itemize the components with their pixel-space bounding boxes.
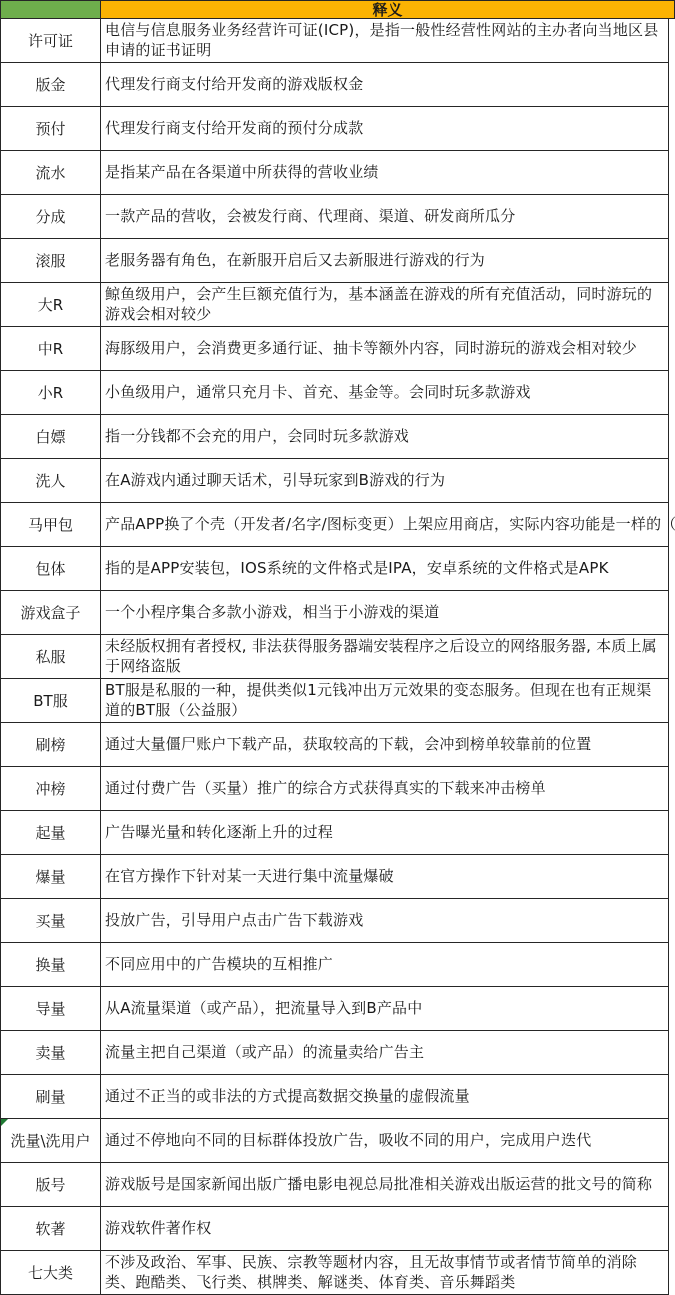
- term-label: 洗量\洗用户: [10, 1132, 90, 1150]
- definition-cell[interactable]: 投放广告，引导用户点击广告下载游戏: [101, 899, 669, 943]
- table-row: 分成 一款产品的营收，会被发行商、代理商、渠道、研发商所瓜分: [0, 195, 675, 239]
- definition-text: 通过大量僵尸账户下载产品，获取较高的下载，会冲到榜单较靠前的位置: [105, 735, 591, 755]
- definition-text: 从A流量渠道（或产品），把流量导入到B产品中: [105, 999, 422, 1019]
- term-cell[interactable]: 马甲包: [0, 503, 101, 547]
- definition-text: BT服是私服的一种，提供类似1元钱冲出万元效果的变态服务。但现在也有正规渠道的B…: [105, 681, 664, 720]
- term-label: 冲榜: [35, 780, 65, 798]
- definition-cell[interactable]: 老服务器有角色，在新服开启后又去新服进行游戏的行为: [101, 239, 669, 283]
- term-label: 起量: [35, 824, 65, 842]
- table-row: 版金 代理发行商支付给开发商的游戏版权金: [0, 63, 675, 107]
- definition-cell[interactable]: 游戏软件著作权: [101, 1207, 669, 1251]
- definition-text: 不同应用中的广告模块的互相推广: [105, 955, 333, 975]
- definition-cell[interactable]: 在官方操作下针对某一天进行集中流量爆破: [101, 855, 669, 899]
- definition-text: 是指某产品在各渠道中所获得的营收业绩: [105, 163, 379, 183]
- term-label: 马甲包: [28, 516, 73, 534]
- table-row: 起量 广告曝光量和转化逐渐上升的过程: [0, 811, 675, 855]
- table-row: 卖量 流量主把自己渠道（或产品）的流量卖给广告主: [0, 1031, 675, 1075]
- table-row: 版号 游戏版号是国家新闻出版广播电影电视总局批准相关游戏出版运营的批文号的简称: [0, 1163, 675, 1207]
- term-label: 包体: [35, 560, 65, 578]
- term-label: 许可证: [28, 32, 73, 50]
- term-label: 软著: [35, 1220, 65, 1238]
- term-label: 卖量: [35, 1044, 65, 1062]
- definition-cell[interactable]: 通过付费广告（买量）推广的综合方式获得真实的下载来冲击榜单: [101, 767, 669, 811]
- definition-cell[interactable]: 一款产品的营收，会被发行商、代理商、渠道、研发商所瓜分: [101, 195, 669, 239]
- definition-text: 代理发行商支付给开发商的游戏版权金: [105, 75, 363, 95]
- definition-text: 投放广告，引导用户点击广告下载游戏: [105, 911, 363, 931]
- definition-cell[interactable]: 未经版权拥有者授权, 非法获得服务器端安装程序之后设立的网络服务器, 本质上属于…: [101, 635, 669, 679]
- term-cell[interactable]: 中R: [0, 327, 101, 371]
- table-row: 刷量 通过不正当的或非法的方式提高数据交换量的虚假流量: [0, 1075, 675, 1119]
- term-cell[interactable]: 导量: [0, 987, 101, 1031]
- term-label: 买量: [35, 912, 65, 930]
- definition-cell[interactable]: 流量主把自己渠道（或产品）的流量卖给广告主: [101, 1031, 669, 1075]
- table-row: 游戏盒子 一个小程序集合多款小游戏，相当于小游戏的渠道: [0, 591, 675, 635]
- definition-text: 不涉及政治、军事、民族、宗教等题材内容，且无故事情节或者情节简单的消除类、跑酷类…: [105, 1253, 664, 1292]
- definition-cell[interactable]: 鲸鱼级用户，会产生巨额充值行为，基本涵盖在游戏的所有充值活动，同时游玩的游戏会相…: [101, 283, 669, 327]
- definition-text: 老服务器有角色，在新服开启后又去新服进行游戏的行为: [105, 251, 485, 271]
- term-label: 刷榜: [35, 736, 65, 754]
- term-label: 白嫖: [35, 428, 65, 446]
- header-definition-cell[interactable]: 释义: [101, 0, 675, 19]
- definition-cell[interactable]: 游戏版号是国家新闻出版广播电影电视总局批准相关游戏出版运营的批文号的简称: [101, 1163, 669, 1207]
- term-cell[interactable]: 刷榜: [0, 723, 101, 767]
- term-cell[interactable]: 冲榜: [0, 767, 101, 811]
- term-cell[interactable]: 换量: [0, 943, 101, 987]
- term-cell[interactable]: BT服: [0, 679, 101, 723]
- term-label: 洗人: [35, 472, 65, 490]
- definition-text: 游戏软件著作权: [105, 1219, 211, 1239]
- definition-text: 在A游戏内通过聊天话术，引导玩家到B游戏的行为: [105, 471, 445, 491]
- definition-text: 游戏版号是国家新闻出版广播电影电视总局批准相关游戏出版运营的批文号的简称: [105, 1175, 652, 1195]
- table-row: 白嫖 指一分钱都不会充的用户，会同时玩多款游戏: [0, 415, 675, 459]
- definition-cell[interactable]: 一个小程序集合多款小游戏，相当于小游戏的渠道: [101, 591, 669, 635]
- table-row: 冲榜 通过付费广告（买量）推广的综合方式获得真实的下载来冲击榜单: [0, 767, 675, 811]
- table-row: 洗人 在A游戏内通过聊天话术，引导玩家到B游戏的行为: [0, 459, 675, 503]
- table-row: 软著 游戏软件著作权: [0, 1207, 675, 1251]
- table-row: 买量 投放广告，引导用户点击广告下载游戏: [0, 899, 675, 943]
- table-row: 中R 海豚级用户，会消费更多通行证、抽卡等额外内容，同时游玩的游戏会相对较少: [0, 327, 675, 371]
- term-label: 版金: [35, 76, 65, 94]
- definition-text: 指的是APP安装包，IOS系统的文件格式是IPA，安卓系统的文件格式是APK: [105, 559, 609, 579]
- table-row: 私服 未经版权拥有者授权, 非法获得服务器端安装程序之后设立的网络服务器, 本质…: [0, 635, 675, 679]
- definition-cell[interactable]: 代理发行商支付给开发商的游戏版权金: [101, 63, 669, 107]
- definition-cell[interactable]: 通过不停地向不同的目标群体投放广告，吸收不同的用户，完成用户迭代: [101, 1119, 669, 1163]
- term-cell[interactable]: 包体: [0, 547, 101, 591]
- definition-cell[interactable]: 不同应用中的广告模块的互相推广: [101, 943, 669, 987]
- definition-text: 流量主把自己渠道（或产品）的流量卖给广告主: [105, 1043, 424, 1063]
- table-row: 导量 从A流量渠道（或产品），把流量导入到B产品中: [0, 987, 675, 1031]
- term-cell[interactable]: 分成: [0, 195, 101, 239]
- term-cell[interactable]: 滚服: [0, 239, 101, 283]
- term-cell[interactable]: 版号: [0, 1163, 101, 1207]
- definition-cell[interactable]: BT服是私服的一种，提供类似1元钱冲出万元效果的变态服务。但现在也有正规渠道的B…: [101, 679, 669, 723]
- definition-text: 产品APP换了个壳（开发者/名字/图标变更）上架应用商店，实际内容功能是一样的（…: [105, 515, 675, 535]
- term-cell[interactable]: 爆量: [0, 855, 101, 899]
- table-row: 爆量 在官方操作下针对某一天进行集中流量爆破: [0, 855, 675, 899]
- definition-cell[interactable]: 指一分钱都不会充的用户，会同时玩多款游戏: [101, 415, 669, 459]
- term-label: BT服: [33, 692, 67, 710]
- table-row: 许可证 电信与信息服务业务经营许可证(ICP)，是指一般性经营性网站的主办者向当…: [0, 19, 675, 63]
- definition-text: 小鱼级用户，通常只充月卡、首充、基金等。会同时玩多款游戏: [105, 383, 531, 403]
- term-cell[interactable]: 刷量: [0, 1075, 101, 1119]
- term-label: 刷量: [35, 1088, 65, 1106]
- table-row: 换量 不同应用中的广告模块的互相推广: [0, 943, 675, 987]
- definition-cell[interactable]: 指的是APP安装包，IOS系统的文件格式是IPA，安卓系统的文件格式是APK: [101, 547, 669, 591]
- term-label: 七大类: [28, 1264, 73, 1282]
- definition-text: 鲸鱼级用户，会产生巨额充值行为，基本涵盖在游戏的所有充值活动，同时游玩的游戏会相…: [105, 285, 664, 324]
- definition-cell[interactable]: 通过不正当的或非法的方式提高数据交换量的虚假流量: [101, 1075, 669, 1119]
- term-cell[interactable]: 游戏盒子: [0, 591, 101, 635]
- table-body: 许可证 电信与信息服务业务经营许可证(ICP)，是指一般性经营性网站的主办者向当…: [0, 19, 675, 1295]
- table-row: 滚服 老服务器有角色，在新服开启后又去新服进行游戏的行为: [0, 239, 675, 283]
- table-row: 马甲包 产品APP换了个壳（开发者/名字/图标变更）上架应用商店，实际内容功能是…: [0, 503, 675, 547]
- term-label: 私服: [35, 648, 65, 666]
- term-label: 流水: [35, 164, 65, 182]
- term-cell[interactable]: 流水: [0, 151, 101, 195]
- term-cell[interactable]: 版金: [0, 63, 101, 107]
- term-label: 导量: [35, 1000, 65, 1018]
- term-label: 中R: [38, 340, 63, 358]
- term-label: 游戏盒子: [20, 604, 80, 622]
- table-header-row: 释义: [0, 0, 675, 19]
- table-row: 包体 指的是APP安装包，IOS系统的文件格式是IPA，安卓系统的文件格式是AP…: [0, 547, 675, 591]
- definition-cell[interactable]: 是指某产品在各渠道中所获得的营收业绩: [101, 151, 669, 195]
- term-cell[interactable]: 洗人: [0, 459, 101, 503]
- definition-text: 通过不停地向不同的目标群体投放广告，吸收不同的用户，完成用户迭代: [105, 1131, 591, 1151]
- term-cell[interactable]: 大R: [0, 283, 101, 327]
- definition-text: 指一分钱都不会充的用户，会同时玩多款游戏: [105, 427, 409, 447]
- header-term-cell[interactable]: [0, 0, 101, 19]
- definition-cell[interactable]: 在A游戏内通过聊天话术，引导玩家到B游戏的行为: [101, 459, 669, 503]
- glossary-table: 释义 许可证 电信与信息服务业务经营许可证(ICP)，是指一般性经营性网站的主办…: [0, 0, 675, 1295]
- table-row: 七大类 不涉及政治、军事、民族、宗教等题材内容，且无故事情节或者情节简单的消除类…: [0, 1251, 675, 1295]
- comment-marker-icon: [1, 1119, 8, 1126]
- term-cell[interactable]: 白嫖: [0, 415, 101, 459]
- definition-cell[interactable]: 小鱼级用户，通常只充月卡、首充、基金等。会同时玩多款游戏: [101, 371, 669, 415]
- term-label: 换量: [35, 956, 65, 974]
- term-cell[interactable]: 买量: [0, 899, 101, 943]
- definition-text: 广告曝光量和转化逐渐上升的过程: [105, 823, 333, 843]
- table-row: 大R 鲸鱼级用户，会产生巨额充值行为，基本涵盖在游戏的所有充值活动，同时游玩的游…: [0, 283, 675, 327]
- term-label: 爆量: [35, 868, 65, 886]
- table-row: 小R 小鱼级用户，通常只充月卡、首充、基金等。会同时玩多款游戏: [0, 371, 675, 415]
- table-row: 预付 代理发行商支付给开发商的预付分成款: [0, 107, 675, 151]
- term-label: 小R: [38, 384, 63, 402]
- term-cell[interactable]: 预付: [0, 107, 101, 151]
- definition-cell[interactable]: 海豚级用户，会消费更多通行证、抽卡等额外内容，同时游玩的游戏会相对较少: [101, 327, 669, 371]
- definition-text: 通过不正当的或非法的方式提高数据交换量的虚假流量: [105, 1087, 470, 1107]
- definition-cell[interactable]: 从A流量渠道（或产品），把流量导入到B产品中: [101, 987, 669, 1031]
- term-cell[interactable]: 卖量: [0, 1031, 101, 1075]
- definition-text: 一款产品的营收，会被发行商、代理商、渠道、研发商所瓜分: [105, 207, 515, 227]
- term-label: 滚服: [35, 252, 65, 270]
- term-cell[interactable]: 软著: [0, 1207, 101, 1251]
- definition-text: 电信与信息服务业务经营许可证(ICP)，是指一般性经营性网站的主办者向当地区县申…: [105, 21, 664, 60]
- definition-text: 在官方操作下针对某一天进行集中流量爆破: [105, 867, 394, 887]
- term-label: 分成: [35, 208, 65, 226]
- term-cell[interactable]: 私服: [0, 635, 101, 679]
- table-row: 刷榜 通过大量僵尸账户下载产品，获取较高的下载，会冲到榜单较靠前的位置: [0, 723, 675, 767]
- definition-text: 代理发行商支付给开发商的预付分成款: [105, 119, 363, 139]
- definition-text: 未经版权拥有者授权, 非法获得服务器端安装程序之后设立的网络服务器, 本质上属于…: [105, 637, 664, 676]
- table-row: 流水 是指某产品在各渠道中所获得的营收业绩: [0, 151, 675, 195]
- term-cell[interactable]: 起量: [0, 811, 101, 855]
- definition-text: 海豚级用户，会消费更多通行证、抽卡等额外内容，同时游玩的游戏会相对较少: [105, 339, 637, 359]
- definition-cell[interactable]: 产品APP换了个壳（开发者/名字/图标变更）上架应用商店，实际内容功能是一样的（…: [101, 503, 669, 547]
- term-cell[interactable]: 七大类: [0, 1251, 101, 1295]
- term-label: 版号: [35, 1176, 65, 1194]
- definition-text: 通过付费广告（买量）推广的综合方式获得真实的下载来冲击榜单: [105, 779, 546, 799]
- definition-cell[interactable]: 通过大量僵尸账户下载产品，获取较高的下载，会冲到榜单较靠前的位置: [101, 723, 669, 767]
- definition-cell[interactable]: 电信与信息服务业务经营许可证(ICP)，是指一般性经营性网站的主办者向当地区县申…: [101, 19, 669, 63]
- definition-cell[interactable]: 广告曝光量和转化逐渐上升的过程: [101, 811, 669, 855]
- term-cell[interactable]: 洗量\洗用户: [0, 1119, 101, 1163]
- definition-text: 一个小程序集合多款小游戏，相当于小游戏的渠道: [105, 603, 439, 623]
- table-row: BT服 BT服是私服的一种，提供类似1元钱冲出万元效果的变态服务。但现在也有正规…: [0, 679, 675, 723]
- term-label: 大R: [38, 296, 63, 314]
- term-cell[interactable]: 许可证: [0, 19, 101, 63]
- term-label: 预付: [35, 120, 65, 138]
- definition-cell[interactable]: 代理发行商支付给开发商的预付分成款: [101, 107, 669, 151]
- term-cell[interactable]: 小R: [0, 371, 101, 415]
- table-row: 洗量\洗用户 通过不停地向不同的目标群体投放广告，吸收不同的用户，完成用户迭代: [0, 1119, 675, 1163]
- definition-cell[interactable]: 不涉及政治、军事、民族、宗教等题材内容，且无故事情节或者情节简单的消除类、跑酷类…: [101, 1251, 669, 1295]
